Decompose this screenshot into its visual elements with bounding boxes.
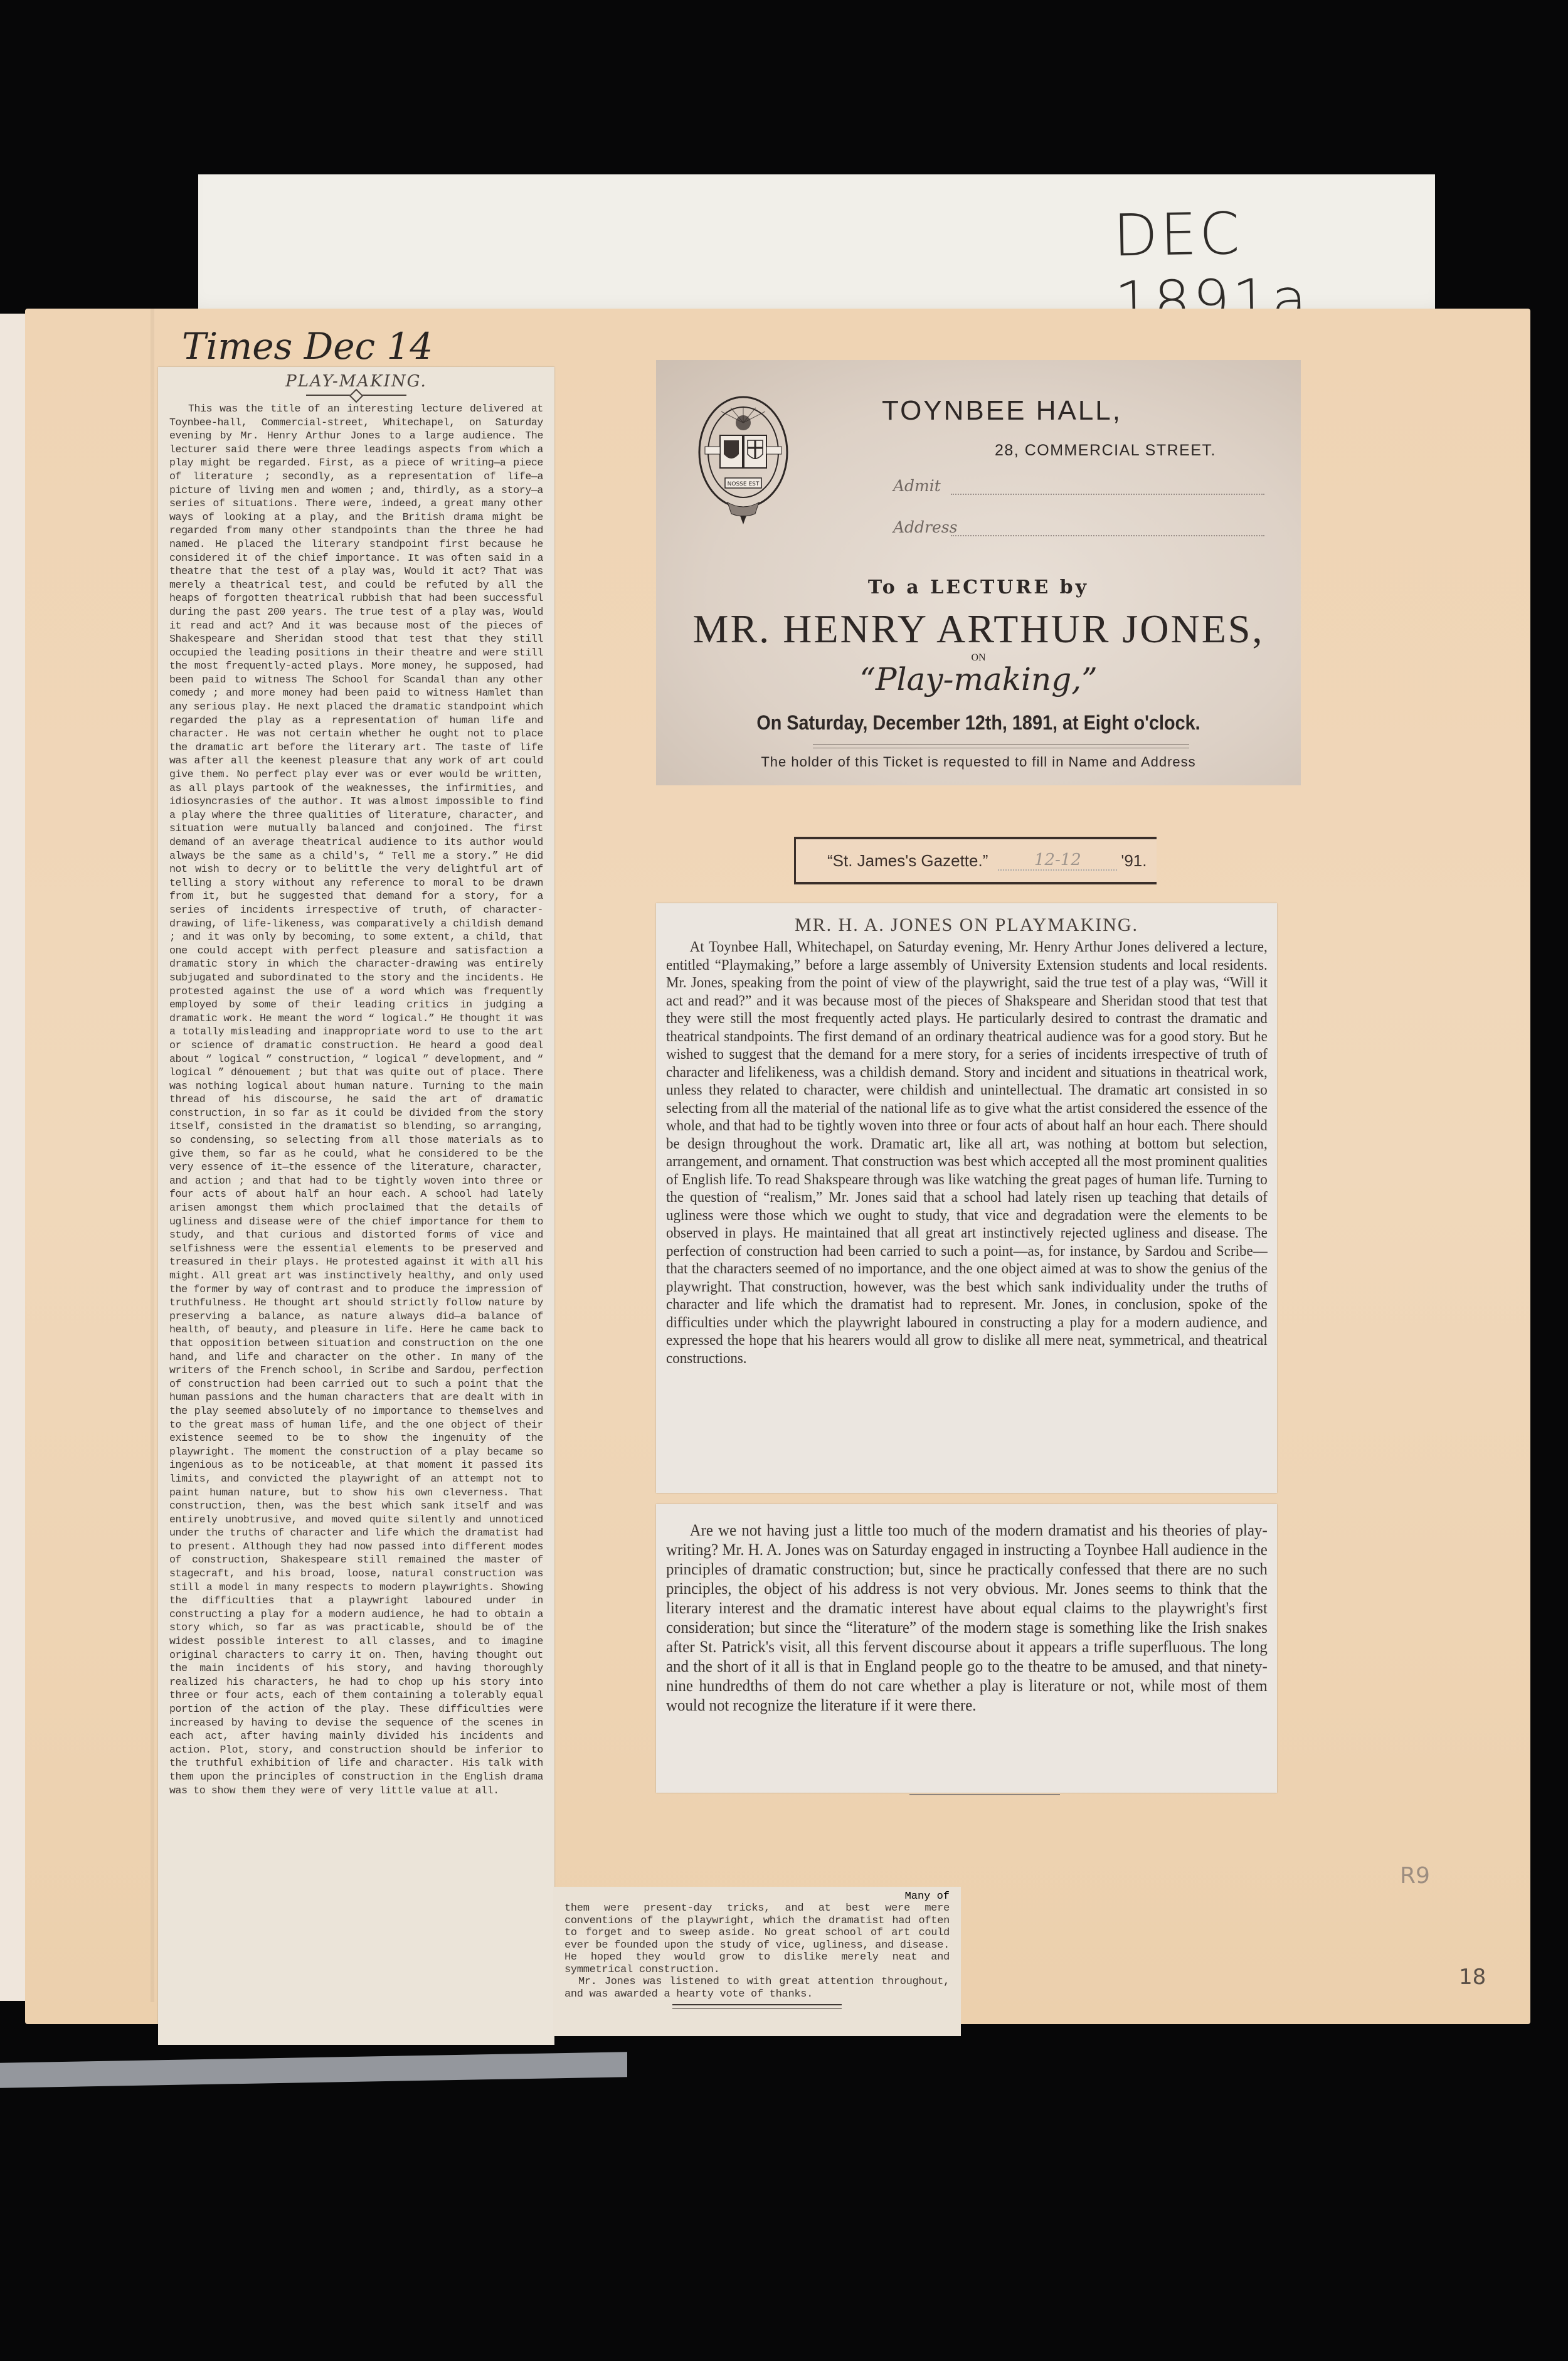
commentary-clipping: Are we not having just a little too much… [656, 1504, 1277, 1793]
gazette-year: '91. [1121, 851, 1147, 871]
gazette-article: MR. H. A. JONES ON PLAYMAKING. At Toynbe… [656, 903, 1277, 1493]
lecture-ticket: NOSSE EST TOYNBEE HALL, 28, COMMERCIAL S… [656, 360, 1301, 785]
times-clipping: PLAY-MAKING. This was the title of an in… [158, 367, 554, 2045]
venue-name: TOYNBEE HALL, [882, 395, 1122, 427]
end-rule [672, 2004, 842, 2009]
index-card: DEC 1891a [198, 174, 1435, 319]
lecture-line: To a LECTURE by [656, 576, 1301, 598]
lecture-topic: “Play-making,” [656, 661, 1301, 698]
holder-note: The holder of this Ticket is requested t… [656, 754, 1301, 770]
commentary-body: Are we not having just a little too much… [666, 1520, 1268, 1715]
article-body: At Toynbee Hall, Whitechapel, on Saturda… [666, 938, 1268, 1367]
venue-address: 28, COMMERCIAL STREET. [995, 442, 1216, 460]
gazette-masthead-strip: “St. James's Gazette.” 12-12 '91. [794, 837, 1157, 884]
clipping-title: PLAY-MAKING. [169, 372, 543, 391]
address-label: Address [893, 518, 957, 536]
album-spine [0, 314, 28, 2001]
speaker-name: MR. HENRY ARTHUR JONES, [656, 606, 1301, 652]
article-headline: MR. H. A. JONES ON PLAYMAKING. [666, 915, 1267, 936]
continuation-clipping: Many of them were present-day tricks, an… [553, 1887, 961, 2036]
pencil-mark: R9 [1400, 1863, 1430, 1889]
svg-text:NOSSE EST: NOSSE EST [728, 481, 760, 487]
commentary-rule [909, 1794, 1060, 1795]
clipping-body: This was the title of an interesting lec… [169, 402, 543, 1797]
admit-field [951, 493, 1264, 495]
admit-label: Admit [893, 477, 941, 495]
handwritten-date: 12-12 [998, 851, 1117, 871]
continuation-closing: Mr. Jones was listened to with great att… [564, 1976, 950, 2000]
gazette-name: “St. James's Gazette.” [827, 851, 988, 871]
continuation-lead: Many of [564, 1891, 950, 1902]
lecture-date: On Saturday, December 12th, 1891, at Eig… [688, 711, 1268, 735]
ornament-divider-icon [306, 395, 406, 396]
page-fold [151, 309, 154, 2002]
handwritten-source-note: Times Dec 14 [182, 325, 433, 368]
double-rule-divider [813, 744, 1189, 748]
tissue-paper-strip [0, 2052, 627, 2088]
continuation-body: them were present-day tricks, and at bes… [564, 1902, 950, 1976]
toynbee-seal-icon: NOSSE EST [696, 393, 790, 531]
page-number: 18 [1459, 1965, 1486, 1990]
address-field [951, 534, 1264, 536]
